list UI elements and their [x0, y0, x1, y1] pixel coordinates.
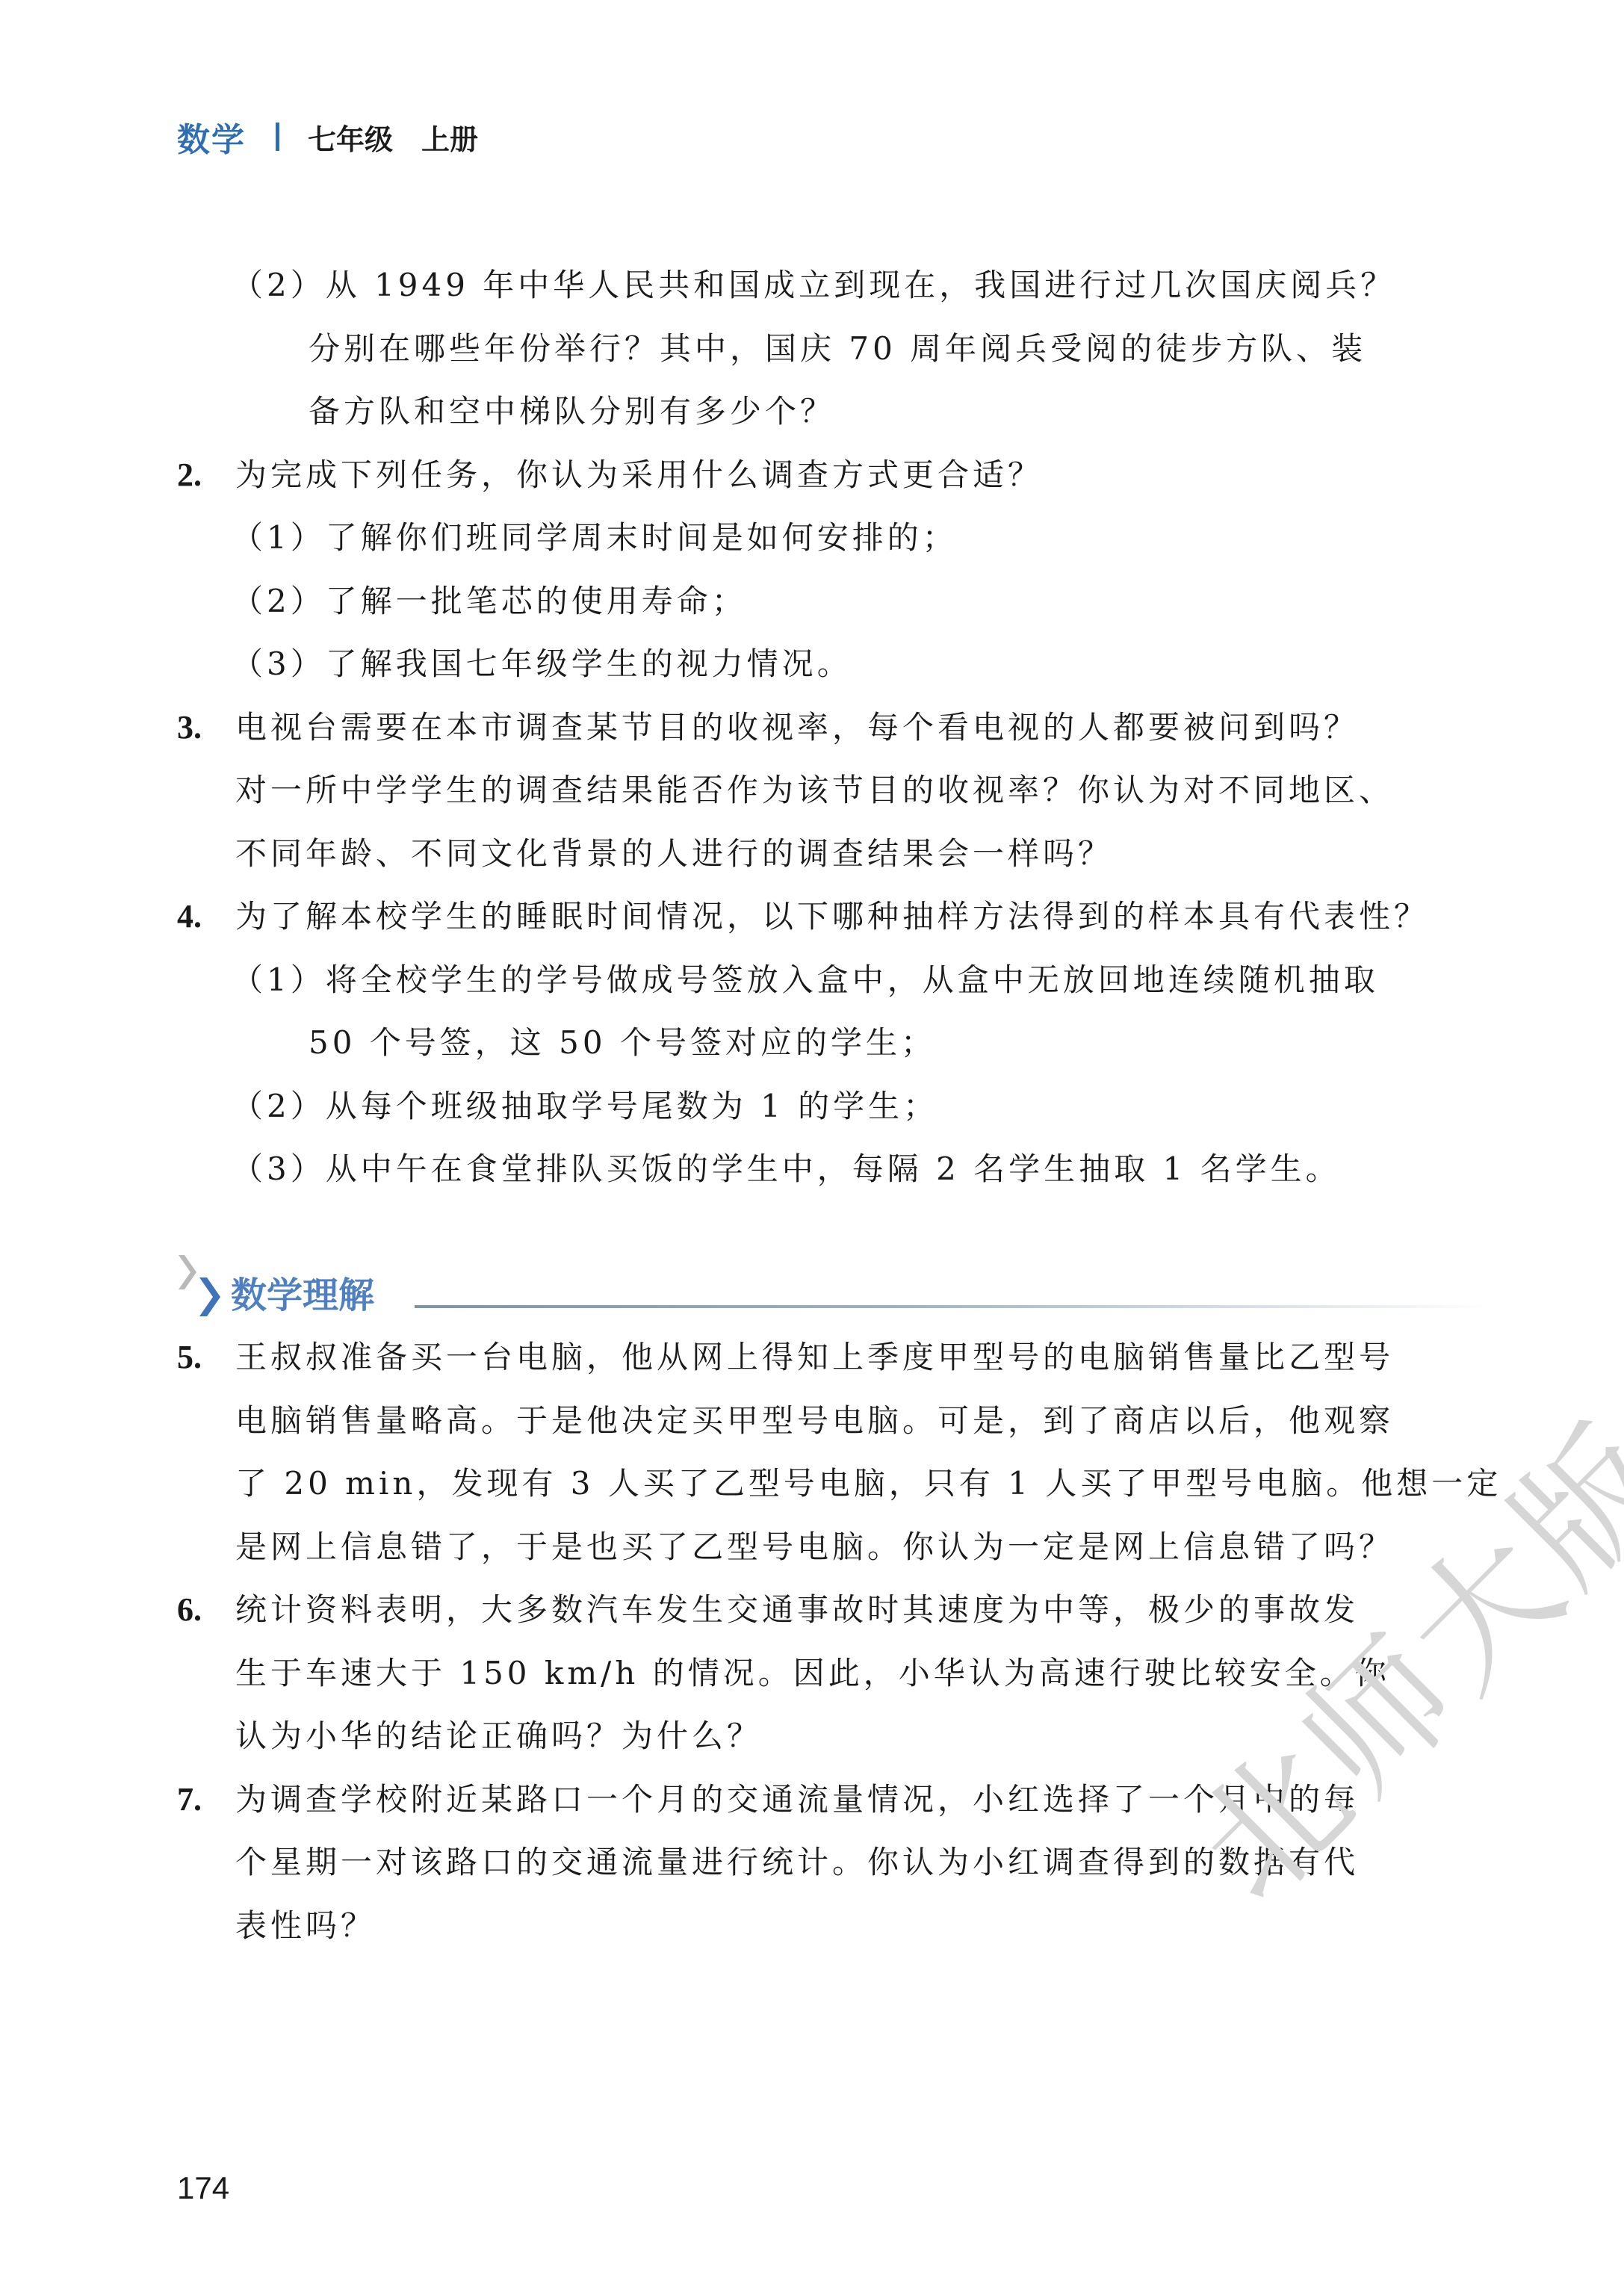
subitem: （1）了解你们班同学周末时间是如何安排的； — [177, 507, 1417, 570]
problem-stem: 4. 为了解本校学生的睡眠时间情况，以下哪种抽样方法得到的样本具有代表性？ — [177, 885, 1417, 949]
chevron-right-icon — [177, 1255, 196, 1289]
chevron-right-icon — [198, 1277, 220, 1316]
problem-line: 对一所中学学生的调查结果能否作为该节目的收视率？你认为对不同地区、 — [177, 759, 1417, 823]
problem-line: 电脑销售量略高。于是他决定买甲型号电脑。可是，到了商店以后，他观察 — [177, 1390, 1417, 1453]
subitem: （1）将全校学生的学号做成号签放入盒中，从盒中无放回地连续随机抽取 — [177, 949, 1417, 1012]
problem-line: 是网上信息错了，于是也买了乙型号电脑。你认为一定是网上信息错了吗？ — [177, 1516, 1417, 1579]
problem-text: 为了解本校学生的睡眠时间情况，以下哪种抽样方法得到的样本具有代表性？ — [235, 898, 1429, 935]
problem-text: 统计资料表明，大多数汽车发生交通事故时其速度为中等，极少的事故发 — [235, 1591, 1359, 1628]
problem-line: （2）从 1949 年中华人民共和国成立到现在，我国进行过几次国庆阅兵？ — [177, 254, 1417, 318]
problem-number: 7. — [177, 1768, 202, 1832]
problem-text: 王叔叔准备买一台电脑，他从网上得知上季度甲型号的电脑销售量比乙型号 — [235, 1339, 1394, 1375]
page-number: 174 — [177, 2170, 229, 2206]
problem-stem: 2. 为完成下列任务，你认为采用什么调查方式更合适？ — [177, 444, 1417, 507]
problem-stem: 3. 电视台需要在本市调查某节目的收视率，每个看电视的人都要被问到吗？ — [177, 696, 1417, 760]
problem-number: 3. — [177, 696, 202, 760]
grade-label: 七年级 — [308, 117, 393, 158]
problem-text: 为完成下列任务，你认为采用什么调查方式更合适？ — [235, 456, 1043, 493]
problem-number: 5. — [177, 1326, 202, 1390]
problem-number: 2. — [177, 444, 202, 507]
running-header: 数学 七年级 上册 — [177, 112, 478, 161]
subitem: （3）了解我国七年级学生的视力情况。 — [177, 633, 1417, 696]
problem-2: 2. 为完成下列任务，你认为采用什么调查方式更合适？ （1）了解你们班同学周末时… — [177, 444, 1417, 696]
problem-number: 6. — [177, 1579, 202, 1642]
problem-3: 3. 电视台需要在本市调查某节目的收视率，每个看电视的人都要被问到吗？ 对一所中… — [177, 696, 1417, 886]
problem-line: 表性吗？ — [177, 1895, 1417, 1958]
exercises-part-1: （2）从 1949 年中华人民共和国成立到现在，我国进行过几次国庆阅兵？ 分别在… — [177, 254, 1417, 1201]
problem-4: 4. 为了解本校学生的睡眠时间情况，以下哪种抽样方法得到的样本具有代表性？ （1… — [177, 885, 1417, 1201]
volume-label: 上册 — [421, 117, 478, 158]
problem-line: 了 20 min，发现有 3 人买了乙型号电脑，只有 1 人买了甲型号电脑。他想… — [177, 1452, 1417, 1516]
section-divider — [415, 1305, 1490, 1308]
problem-1-continuation: （2）从 1949 年中华人民共和国成立到现在，我国进行过几次国庆阅兵？ 分别在… — [177, 254, 1417, 444]
subitem: （3）从中午在食堂排队买饭的学生中，每隔 2 名学生抽取 1 名学生。 — [177, 1138, 1417, 1201]
problem-5: 5. 王叔叔准备买一台电脑，他从网上得知上季度甲型号的电脑销售量比乙型号 电脑销… — [177, 1326, 1417, 1579]
problem-stem: 5. 王叔叔准备买一台电脑，他从网上得知上季度甲型号的电脑销售量比乙型号 — [177, 1326, 1417, 1390]
subitem: （2）了解一批笔芯的使用寿命； — [177, 570, 1417, 634]
problem-number: 4. — [177, 885, 202, 949]
header-divider — [276, 123, 279, 151]
problem-line: 不同年龄、不同文化背景的人进行的调查结果会一样吗？ — [177, 823, 1417, 886]
problem-text: 电视台需要在本市调查某节目的收视率，每个看电视的人都要被问到吗？ — [235, 709, 1359, 746]
problem-stem: 6. 统计资料表明，大多数汽车发生交通事故时其速度为中等，极少的事故发 — [177, 1579, 1417, 1642]
subitem: （2）从每个班级抽取学号尾数为 1 的学生； — [177, 1075, 1417, 1139]
section-title: 数学理解 — [231, 1273, 374, 1318]
section-header-math-understanding: 数学理解 — [177, 1255, 1492, 1322]
subitem-continuation: 50 个号签，这 50 个号签对应的学生； — [177, 1012, 1417, 1075]
problem-line: 分别在哪些年份举行？其中，国庆 70 周年阅兵受阅的徒步方队、装 — [177, 318, 1417, 381]
problem-line: 备方队和空中梯队分别有多少个？ — [177, 380, 1417, 444]
problem-line: 生于车速大于 150 km/h 的情况。因此，小华认为高速行驶比较安全。你 — [177, 1642, 1417, 1706]
subject-label: 数学 — [177, 113, 246, 161]
